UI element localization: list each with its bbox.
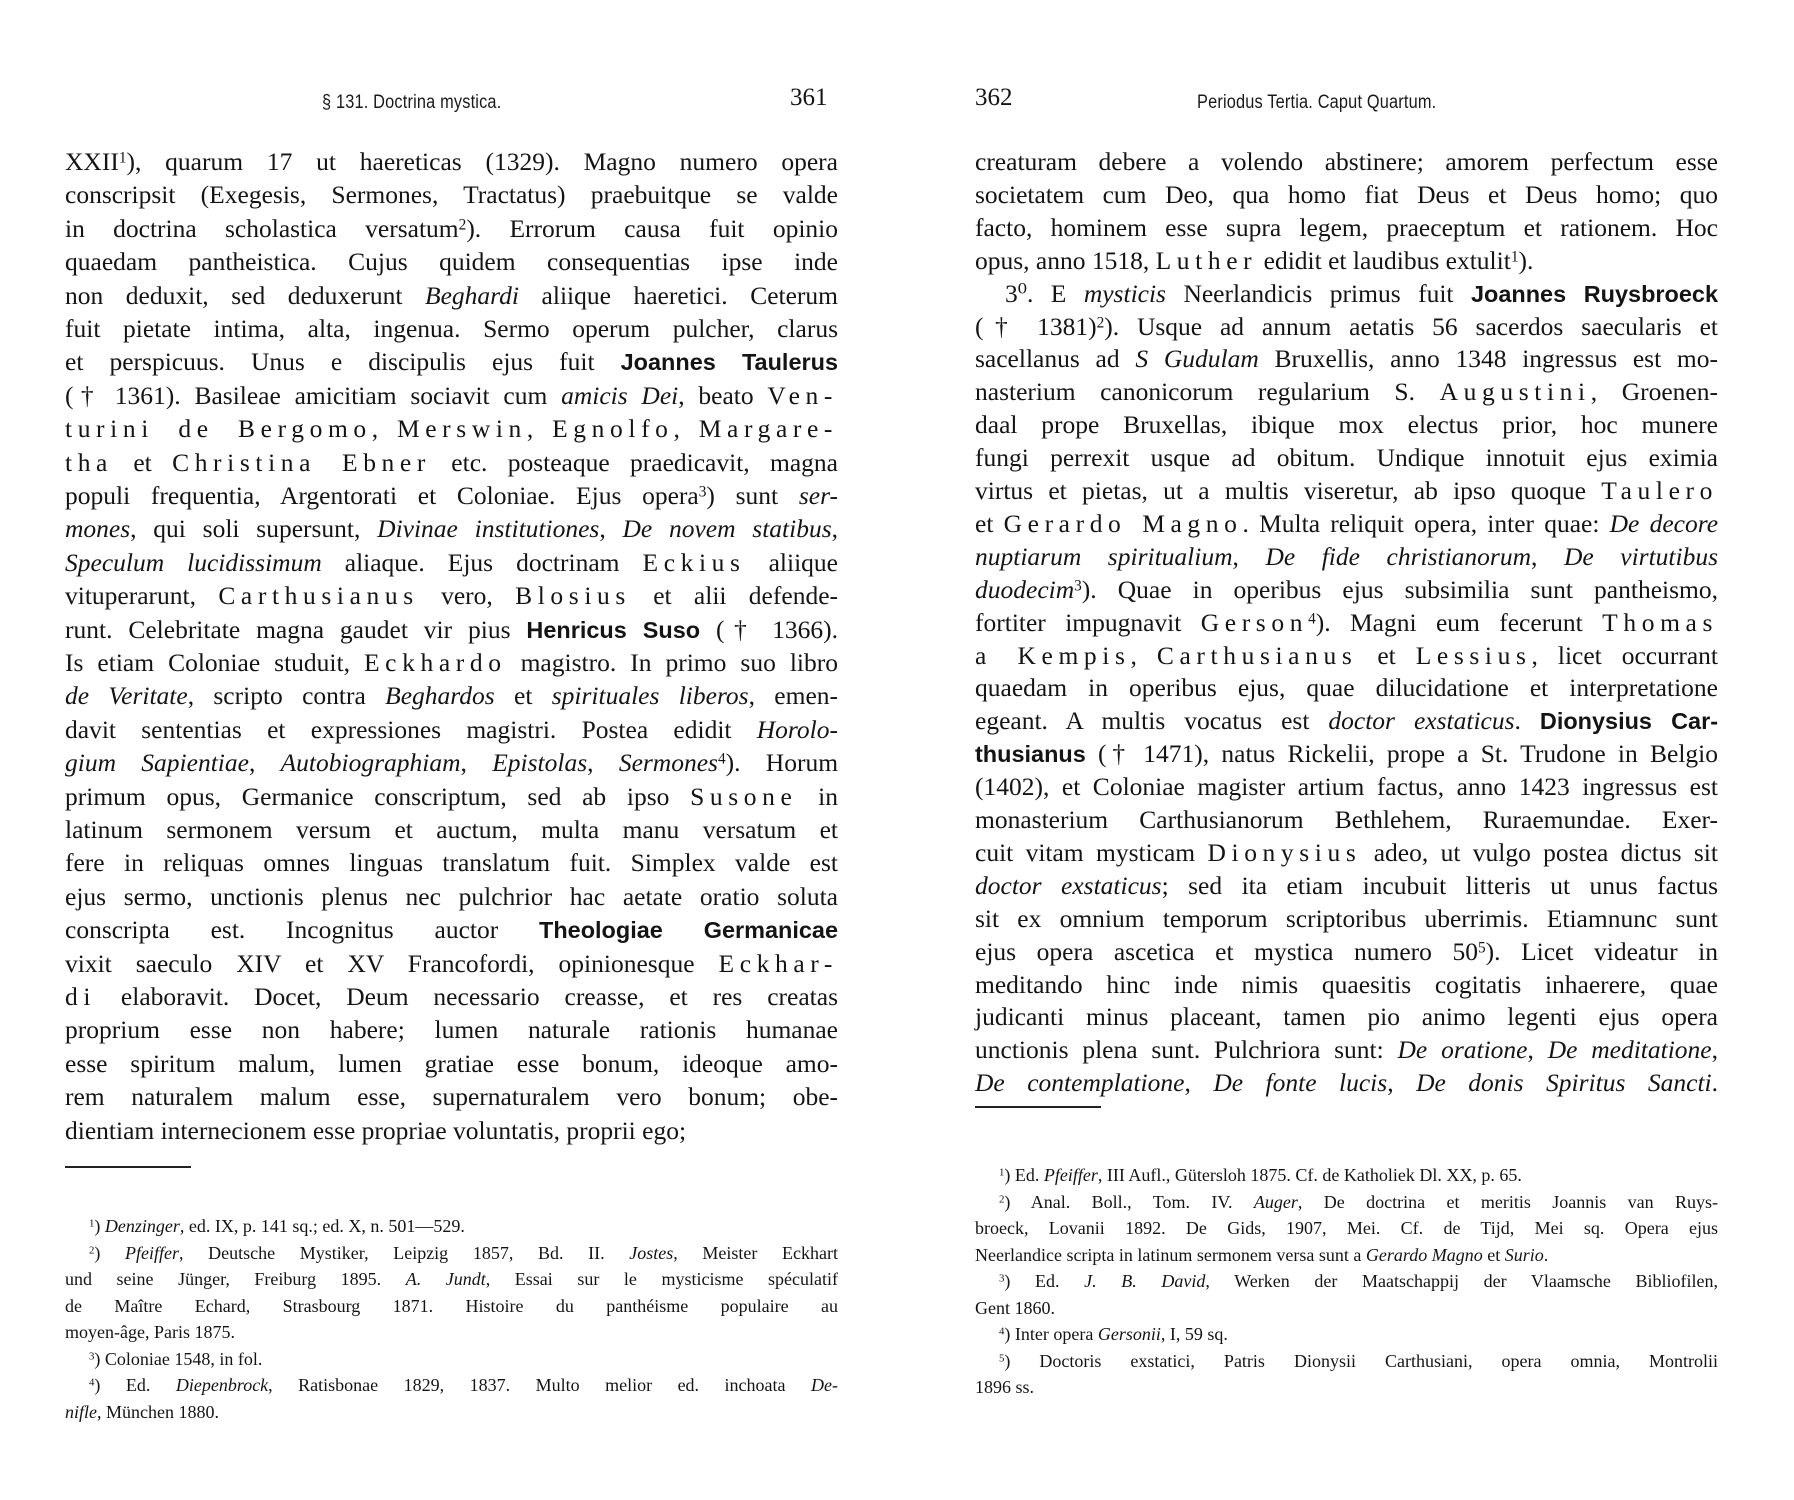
text-line: runt. Celebritate magna gaudet vir pius … <box>65 613 838 646</box>
footnote-line: 1896 ss. <box>975 1374 1718 1400</box>
text-span: Beghardi <box>425 281 519 310</box>
text-span: ejus sermo, unctionis plenus nec pulchri… <box>65 882 838 911</box>
text-span: tha <box>65 448 113 477</box>
text-span: de Maître Echard, Strasbourg 1871. Histo… <box>65 1296 838 1316</box>
text-span: judicanti minus placeant, tamen pio anim… <box>975 1002 1718 1031</box>
text-span: nifle <box>65 1402 97 1422</box>
text-line: primum opus, Germanice conscriptum, sed … <box>65 780 838 813</box>
text-span: , qui soli supersunt, <box>130 514 377 543</box>
text-span: Gersonii <box>1098 1324 1161 1344</box>
text-line: meditando hinc inde nimis quaesitis cogi… <box>975 968 1718 1001</box>
text-span: Susone <box>690 782 797 811</box>
text-span: Egnolfo <box>552 414 673 443</box>
text-span: , De doctrina et meritis Joannis van Ruy… <box>1298 1192 1718 1212</box>
text-span: nuptiarum spiritualium <box>975 542 1233 571</box>
footnote-rule <box>65 1166 191 1168</box>
text-span: et <box>495 681 552 710</box>
text-span: , Ratisbonae 1829, 1837. Multo melior ed… <box>268 1375 811 1395</box>
text-line: vixit saeculo XIV et XV Francofordi, opi… <box>65 947 838 980</box>
text-span: , <box>461 748 493 777</box>
text-span: De virtutibus <box>1564 542 1718 571</box>
text-span: populi frequentia, Argentorati et Coloni… <box>65 481 699 510</box>
text-span: . <box>1544 1245 1549 1265</box>
text-span: , <box>674 414 699 443</box>
text-line: gium Sapientiae, Autobiographiam, Episto… <box>65 746 838 779</box>
text-line: latinum sermonem versum et auctum, multa… <box>65 813 838 846</box>
text-span: ). Licet videatur in <box>1486 937 1718 966</box>
text-span: Henricus Suso <box>526 617 700 643</box>
text-span: Eckius <box>643 548 746 577</box>
text-line: sacellanus ad S Gudulam Bruxellis, anno … <box>975 342 1718 375</box>
text-line: dientiam internecionem esse propriae vol… <box>65 1114 838 1147</box>
text-line: ejus sermo, unctionis plenus nec pulchri… <box>65 880 838 913</box>
text-line: monasterium Carthusianorum Bethlehem, Ru… <box>975 803 1718 836</box>
text-span: Denzinger <box>105 1216 180 1236</box>
text-span: et perspicuus. Unus e discipulis ejus fu… <box>65 347 621 376</box>
text-span: , Essai sur le mysticisme spéculatif <box>486 1269 838 1289</box>
text-line: esse spiritum malum, lumen gratiae esse … <box>65 1047 838 1080</box>
text-span: egeant. A multis vocatus est <box>975 706 1328 735</box>
text-span: , beato <box>678 381 767 410</box>
text-line: populi frequentia, Argentorati et Coloni… <box>65 479 838 512</box>
text-span: daal prope Bruxellas, ibique mox electus… <box>975 410 1718 439</box>
text-line: fere in reliquas omnes linguas translatu… <box>65 846 838 879</box>
text-line: XXII1), quarum 17 ut haereticas (1329). … <box>65 145 838 178</box>
text-span: , <box>372 414 397 443</box>
text-line: Is etiam Coloniae studuit, Eckhardo magi… <box>65 646 838 679</box>
footnote-line: 1) Denzinger, ed. IX, p. 141 sq.; ed. X,… <box>65 1213 838 1239</box>
text-line: turini de Bergomo, Merswin, Egnolfo, Mar… <box>65 412 838 445</box>
page-number: 361 <box>790 84 828 112</box>
text-span: etc. posteaque praedicavit, magna <box>431 448 838 477</box>
text-span: , <box>1531 542 1564 571</box>
text-span: Gent 1860. <box>975 1298 1055 1318</box>
text-span: Bruxellis, anno 1348 ingressus est mo- <box>1259 344 1718 373</box>
text-line: De contemplatione, De fonte lucis, De do… <box>975 1066 1718 1099</box>
text-span: , emen- <box>749 681 838 710</box>
text-span: Joannes Taulerus <box>621 349 838 375</box>
text-span: , <box>1233 542 1266 571</box>
text-span: adeo, ut vulgo postea dictus sit <box>1361 838 1718 867</box>
text-span: quaedam in operibus ejus, quae dilucidat… <box>975 673 1718 702</box>
text-span: broeck, Lovanii 1892. De Gids, 1907, Mei… <box>975 1218 1718 1238</box>
text-span: Ven- <box>767 381 838 410</box>
text-span: Jostes <box>629 1243 673 1263</box>
text-span: ) Ed. <box>1004 1271 1084 1291</box>
text-span: conscripsit (Exegesis, Sermones, Tractat… <box>65 180 838 209</box>
text-span: Merswin <box>397 414 527 443</box>
text-span: , Meister Eckhart <box>673 1243 838 1263</box>
text-span: Luther <box>1156 246 1258 275</box>
text-span: Theologiae Germanicae <box>539 917 838 943</box>
text-span: fungi perrexit usque ad obitum. Undique … <box>975 443 1718 472</box>
text-span: ser- <box>799 481 838 510</box>
left-page: § 131. Doctrina mystica. 361 XXII1), qua… <box>0 0 897 1500</box>
text-line: quaedam pantheistica. Cujus quidem conse… <box>65 245 838 278</box>
text-span: mysticis <box>1084 279 1166 308</box>
text-line: nasterium canonicorum regularium S. Augu… <box>975 375 1718 408</box>
text-span: Christina Ebner <box>172 448 431 477</box>
text-span: Surio <box>1505 1245 1544 1265</box>
text-span: societatem cum Deo, qua homo fiat Deus e… <box>975 180 1718 209</box>
text-span: magistro. In primo suo libro <box>507 648 838 677</box>
text-span: XXII <box>65 147 119 176</box>
text-line: cuit vitam mysticam Dionysius adeo, ut v… <box>975 836 1718 869</box>
text-span: , <box>1131 641 1157 670</box>
text-span: De meditatione <box>1548 1035 1712 1064</box>
text-line: di elaboravit. Docet, Deum necessario cr… <box>65 980 838 1013</box>
footnote-marker: 4 <box>718 751 726 768</box>
text-line: unctionis plena sunt. Pulchriora sunt: D… <box>975 1033 1718 1066</box>
text-span: ) Anal. Boll., Tom. IV. <box>1004 1192 1253 1212</box>
text-span: et <box>1357 641 1415 670</box>
text-line: in doctrina scholastica versatum2). Erro… <box>65 212 838 245</box>
text-line: et Gerardo Magno. Multa reliquit opera, … <box>975 507 1718 540</box>
text-span: unctionis plena sunt. Pulchriora sunt: <box>975 1035 1398 1064</box>
text-span: De donis Spiritus Sancti <box>1416 1068 1712 1097</box>
footnote-line: 2) Anal. Boll., Tom. IV. Auger, De doctr… <box>975 1189 1718 1215</box>
text-span: De fonte lucis <box>1213 1068 1387 1097</box>
footnote-line: moyen-âge, Paris 1875. <box>65 1319 838 1345</box>
text-line: nuptiarum spiritualium, De fide christia… <box>975 540 1718 573</box>
footnote-marker: 5 <box>1478 939 1486 956</box>
text-span: , <box>1527 1035 1547 1064</box>
text-span: ; sed ita etiam incubuit litteris ut unu… <box>1162 871 1718 900</box>
text-span: ). Quae in operibus ejus subsimilia sunt… <box>1082 575 1718 604</box>
text-span: Taulero <box>1601 476 1718 505</box>
text-span: Carthusianus <box>1157 641 1357 670</box>
text-span: ) sunt <box>706 481 798 510</box>
text-line: (1402), et Coloniae magister artium fact… <box>975 770 1718 803</box>
text-line: davit sententias et expressiones magistr… <box>65 713 838 746</box>
footnote-line: de Maître Echard, Strasbourg 1871. Histo… <box>65 1293 838 1319</box>
text-span: ) <box>94 1216 105 1236</box>
text-span: meditando hinc inde nimis quaesitis cogi… <box>975 970 1718 999</box>
text-span: ejus opera ascetica et mystica numero 50 <box>975 937 1478 966</box>
text-span: ) Coloniae 1548, in fol. <box>94 1349 262 1369</box>
text-line: thusianus († 1471), natus Rickelii, prop… <box>975 737 1718 770</box>
text-span: opus, anno 1518, <box>975 246 1156 275</box>
text-span: De oratione <box>1398 1035 1528 1064</box>
text-line: creaturam debere a volendo abstinere; am… <box>975 145 1718 178</box>
text-span: († 1381) <box>975 312 1097 341</box>
text-span: aliaque. Ejus doctrinam <box>322 548 643 577</box>
text-span: ), quarum 17 ut haereticas (1329). Magno… <box>126 147 838 176</box>
footnote-line: nifle, München 1880. <box>65 1399 838 1425</box>
text-span: nasterium canonicorum regularium S. <box>975 377 1440 406</box>
text-span: et <box>113 448 172 477</box>
running-title: § 131. Doctrina mystica. <box>322 92 501 114</box>
text-span: facto, hominem esse supra legem, praecep… <box>975 213 1718 242</box>
text-span: De- <box>811 1375 838 1395</box>
text-span: Neerlandice scripta in latinum sermonem … <box>975 1245 1366 1265</box>
text-span: Dionysius Car- <box>1540 708 1718 734</box>
text-span: De novem statibus <box>622 514 831 543</box>
text-span: , <box>587 748 619 777</box>
text-line: doctor exstaticus; sed ita etiam incubui… <box>975 869 1718 902</box>
text-span: latinum sermonem versum et auctum, multa… <box>65 815 838 844</box>
text-span: De decore <box>1610 509 1718 538</box>
text-span: Gerardo Magno <box>1366 1245 1483 1265</box>
text-span: 1896 ss. <box>975 1377 1034 1397</box>
text-span: conscripta est. Incognitus auctor <box>65 915 539 944</box>
footnote-line: und seine Jünger, Freiburg 1895. A. Jund… <box>65 1266 838 1292</box>
text-span: ) Inter opera <box>1004 1324 1097 1344</box>
text-line: 3⁰. E mysticis Neerlandicis primus fuit … <box>975 277 1718 310</box>
text-span: Horolo- <box>757 715 838 744</box>
text-line: et perspicuus. Unus e discipulis ejus fu… <box>65 345 838 378</box>
footnote-line: 1) Ed. Pfeiffer, III Aufl., Gütersloh 18… <box>975 1162 1718 1188</box>
footnote-marker: 3 <box>1074 577 1082 594</box>
footnote-line: Neerlandice scripta in latinum sermonem … <box>975 1242 1718 1268</box>
text-span: , Groenen- <box>1591 377 1718 406</box>
text-line: duodecim3). Quae in operibus ejus subsim… <box>975 573 1718 606</box>
text-span: doctor exstaticus <box>975 871 1162 900</box>
text-line: mones, qui soli supersunt, Divinae insti… <box>65 512 838 545</box>
footnote-line: 4) Ed. Diepenbrock, Ratisbonae 1829, 183… <box>65 1372 838 1398</box>
text-span: , Deutsche Mystiker, Leipzig 1857, Bd. I… <box>179 1243 629 1263</box>
text-span: et <box>975 509 1004 538</box>
text-line: Speculum lucidissimum aliaque. Ejus doct… <box>65 546 838 579</box>
text-span: ) Doctoris exstatici, Patris Dionysii Ca… <box>1004 1351 1718 1371</box>
text-span: mones <box>65 514 130 543</box>
text-line: fortiter impugnavit Gerson4). Magni eum … <box>975 606 1718 639</box>
text-span: ) <box>94 1243 125 1263</box>
text-span: spirituales liberos <box>552 681 749 710</box>
footnote-line: 3) Coloniae 1548, in fol. <box>65 1346 838 1372</box>
text-span: quaedam pantheistica. Cujus quidem conse… <box>65 247 838 276</box>
text-line: societatem cum Deo, qua homo fiat Deus e… <box>975 178 1718 211</box>
text-span: († 1471), natus Rickelii, prope a St. Tr… <box>1086 739 1718 768</box>
text-line: fungi perrexit usque ad obitum. Undique … <box>975 441 1718 474</box>
text-span: , <box>599 514 622 543</box>
text-span: vixit saeculo XIV et XV Francofordi, opi… <box>65 949 719 978</box>
text-span: moyen-âge, Paris 1875. <box>65 1322 235 1342</box>
text-line: facto, hominem esse supra legem, praecep… <box>975 211 1718 244</box>
text-span: thusianus <box>975 741 1086 767</box>
footnote-line: Gent 1860. <box>975 1295 1718 1321</box>
text-span: primum opus, Germanice conscriptum, sed … <box>65 782 690 811</box>
text-span: Margare- <box>699 414 838 443</box>
text-line: a Kempis, Carthusianus et Lessius, licet… <box>975 639 1718 672</box>
text-span: Carthusianus <box>218 581 418 610</box>
text-span: dientiam internecionem esse propriae vol… <box>65 1116 686 1145</box>
text-span: amicis Dei <box>561 381 678 410</box>
text-span: , Werken der Maatschappij der Vlaamsche … <box>1205 1271 1718 1291</box>
text-line: († 1361). Basileae amicitiam sociavit cu… <box>65 379 838 412</box>
text-line: virtus et pietas, ut a multis viseretur,… <box>975 474 1718 507</box>
text-span: elaboravit. Docet, Deum necessario creas… <box>96 982 838 1011</box>
text-span: († 1361). Basileae amicitiam sociavit cu… <box>65 381 561 410</box>
text-span: non deduxit, sed deduxerunt <box>65 281 425 310</box>
text-span: Diepenbrock <box>176 1375 268 1395</box>
footnote-line: broeck, Lovanii 1892. De Gids, 1907, Mei… <box>975 1215 1718 1241</box>
text-span: rem naturalem malum esse, supernaturalem… <box>65 1082 838 1111</box>
text-span: A. Jundt <box>406 1269 486 1289</box>
text-span: , <box>1184 1068 1213 1097</box>
text-span: Gerson <box>1201 608 1308 637</box>
text-span: edidit et laudibus extulit <box>1257 246 1511 275</box>
text-span: . Multa reliquit opera, inter quae: <box>1243 509 1610 538</box>
text-span: fortiter impugnavit <box>975 608 1201 637</box>
footnote-line: 2) Pfeiffer, Deutsche Mystiker, Leipzig … <box>65 1240 838 1266</box>
text-span: . <box>1515 706 1540 735</box>
text-span: gium Sapientiae <box>65 748 249 777</box>
text-span: proprium esse non habere; lumen naturale… <box>65 1015 838 1044</box>
text-span: runt. Celebritate magna gaudet vir pius <box>65 615 526 644</box>
text-span: Pfeiffer <box>125 1243 179 1263</box>
text-span: virtus et pietas, ut a multis viseretur,… <box>975 476 1601 505</box>
text-span: ). Horum <box>726 748 838 777</box>
text-span: vero, <box>419 581 515 610</box>
text-span: Is etiam Coloniae studuit, <box>65 648 364 677</box>
text-span: a Kempis <box>975 641 1131 670</box>
text-span: De contemplatione <box>975 1068 1184 1097</box>
text-line: daal prope Bruxellas, ibique mox electus… <box>975 408 1718 441</box>
text-span: Joannes Ruysbroeck <box>1471 281 1718 307</box>
text-span: fere in reliquas omnes linguas translatu… <box>65 848 838 877</box>
text-span: , <box>1387 1068 1416 1097</box>
text-span: Epistolas <box>492 748 587 777</box>
text-span: sacellanus ad <box>975 344 1135 373</box>
text-span: ). <box>1518 246 1533 275</box>
text-span: creaturam debere a volendo abstinere; am… <box>975 147 1718 176</box>
text-span: Autobiographiam <box>281 748 461 777</box>
text-span: , <box>249 748 281 777</box>
text-span: S Gudulam <box>1135 344 1258 373</box>
text-span: ) Ed. <box>1004 1165 1044 1185</box>
text-line: († 1381)2). Usque ad annum aetatis 56 sa… <box>975 310 1718 343</box>
text-span: Beghardos <box>385 681 495 710</box>
text-span: Neerlandicis primus fuit <box>1166 279 1471 308</box>
text-line: sit ex omnium temporum scriptoribus uber… <box>975 902 1718 935</box>
text-span: ). Errorum causa fuit opinio <box>466 214 838 243</box>
text-line: vituperarunt, Carthusianus vero, Blosius… <box>65 579 838 612</box>
text-span: De fide christianorum <box>1265 542 1531 571</box>
page-number: 362 <box>975 84 1013 112</box>
text-span: , ed. IX, p. 141 sq.; ed. X, n. 501—529. <box>180 1216 465 1236</box>
text-span: di <box>65 982 96 1011</box>
text-span: Auger <box>1254 1192 1298 1212</box>
text-span: in doctrina scholastica versatum <box>65 214 459 243</box>
text-span: Blosius <box>515 581 631 610</box>
text-span: Thomas <box>1602 608 1718 637</box>
text-span: esse spiritum malum, lumen gratiae esse … <box>65 1049 838 1078</box>
text-span: († 1366). <box>700 615 838 644</box>
text-line: fuit pietate intima, alta, ingenua. Serm… <box>65 312 838 345</box>
text-span: (1402), et Coloniae magister artium fact… <box>975 772 1718 801</box>
text-span: 3⁰. E <box>1005 279 1084 308</box>
text-span: und seine Jünger, Freiburg 1895. <box>65 1269 406 1289</box>
footnote-line: 5) Doctoris exstatici, Patris Dionysii C… <box>975 1348 1718 1374</box>
text-span: Speculum lucidissimum <box>65 548 322 577</box>
footnote-line: 3) Ed. J. B. David, Werken der Maatschap… <box>975 1268 1718 1294</box>
text-span: ). Magni eum fecerunt <box>1316 608 1602 637</box>
text-span: ) Ed. <box>94 1375 175 1395</box>
text-span: , <box>832 514 838 543</box>
text-line: opus, anno 1518, Luther edidit et laudib… <box>975 244 1718 277</box>
text-span: duodecim <box>975 575 1074 604</box>
text-span: Eckhar- <box>719 949 838 978</box>
text-span: Gerardo Magno <box>1004 509 1243 538</box>
text-line: rem naturalem malum esse, supernaturalem… <box>65 1080 838 1113</box>
text-span: Augustini <box>1440 377 1591 406</box>
text-line: judicanti minus placeant, tamen pio anim… <box>975 1000 1718 1033</box>
text-span: Sermones <box>619 748 718 777</box>
text-span: monasterium Carthusianorum Bethlehem, Ru… <box>975 805 1718 834</box>
text-span: Eckhardo <box>364 648 507 677</box>
text-span: et <box>1483 1245 1505 1265</box>
text-line: conscripsit (Exegesis, Sermones, Tractat… <box>65 178 838 211</box>
text-span: aliique <box>746 548 838 577</box>
text-span: , <box>527 414 552 443</box>
text-line: de Veritate, scripto contra Beghardos et… <box>65 679 838 712</box>
text-span: , licet occurrant <box>1532 641 1719 670</box>
text-span: de Veritate <box>65 681 188 710</box>
text-span: , scripto contra <box>188 681 385 710</box>
text-span: sit ex omnium temporum scriptoribus uber… <box>975 904 1718 933</box>
text-span: in <box>797 782 838 811</box>
text-line: proprium esse non habere; lumen naturale… <box>65 1013 838 1046</box>
text-span: davit sententias et expressiones magistr… <box>65 715 757 744</box>
text-line: tha et Christina Ebner etc. posteaque pr… <box>65 446 838 479</box>
running-title: Periodus Tertia. Caput Quartum. <box>1197 92 1436 114</box>
text-span: Divinae institutiones <box>377 514 599 543</box>
text-span: , I, 59 sq. <box>1161 1324 1228 1344</box>
text-span: , <box>1712 1035 1718 1064</box>
text-line: conscripta est. Incognitus auctor Theolo… <box>65 913 838 946</box>
text-span: doctor exstaticus <box>1328 706 1514 735</box>
footnote-rule <box>975 1106 1101 1108</box>
text-span: aliique haeretici. Ceterum <box>519 281 838 310</box>
text-span: fuit pietate intima, alta, ingenua. Serm… <box>65 314 838 343</box>
text-span: Pfeiffer <box>1044 1165 1098 1185</box>
text-span: . <box>1712 1068 1718 1097</box>
text-span: turini de Bergomo <box>65 414 372 443</box>
text-span: ). Usque ad annum aetatis 56 sacerdos sa… <box>1104 312 1718 341</box>
text-line: egeant. A multis vocatus est doctor exst… <box>975 704 1718 737</box>
right-page: 362 Periodus Tertia. Caput Quartum. crea… <box>897 0 1794 1500</box>
text-line: non deduxit, sed deduxerunt Beghardi ali… <box>65 279 838 312</box>
text-span: , III Aufl., Gütersloh 1875. Cf. de Kath… <box>1098 1165 1522 1185</box>
text-span: J. B. David <box>1084 1271 1205 1291</box>
text-span: vituperarunt, <box>65 581 218 610</box>
text-line: ejus opera ascetica et mystica numero 50… <box>975 935 1718 968</box>
text-span: Dionysius <box>1207 838 1361 867</box>
footnote-line: 4) Inter opera Gersonii, I, 59 sq. <box>975 1321 1718 1347</box>
text-span: cuit vitam mysticam <box>975 838 1207 867</box>
text-span: , München 1880. <box>97 1402 219 1422</box>
footnote-marker: 4 <box>1308 610 1316 627</box>
text-line: quaedam in operibus ejus, quae dilucidat… <box>975 671 1718 704</box>
text-span: et alii defende- <box>631 581 838 610</box>
text-span: Lessius <box>1416 641 1532 670</box>
